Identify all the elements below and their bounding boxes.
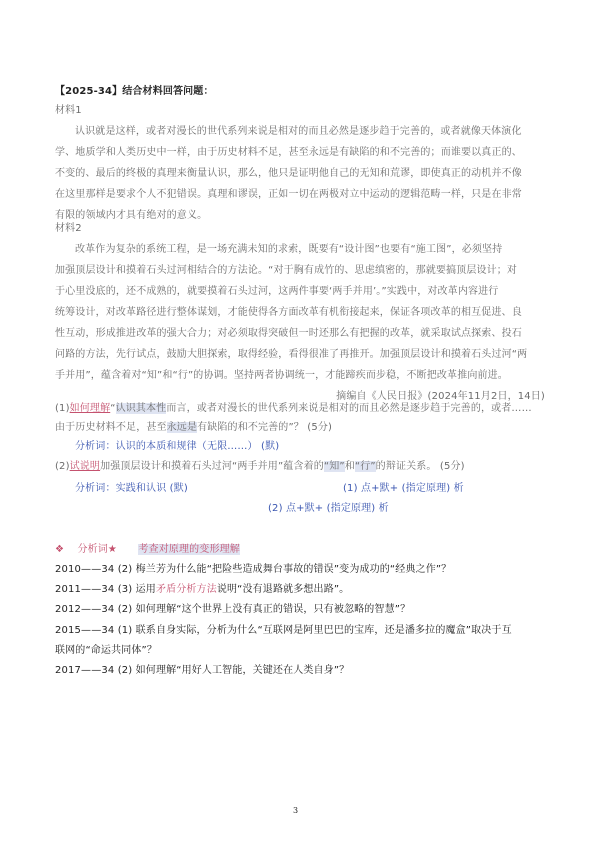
question-header: 【2025-34】结合材料回答问题： — [55, 85, 545, 98]
material2-line: 加强顶层设计和摸着石头过河相结合的方法论。“对于胸有成竹的、思虑缜密的，那就要搞… — [55, 264, 545, 277]
analysis-label: 分析词★ — [77, 544, 117, 555]
question-tag: 【2025-34】 — [55, 86, 122, 97]
material1-line: 学、地质学和人类历史中一样，由于历史材料不足，甚至永远是有缺陷的和不完善的；而谁… — [55, 146, 545, 159]
analysis-section-header: ❖ 分析词★ 考查对原理的变形理解 — [55, 543, 545, 556]
analysis-topic: 考查对原理的变形理解 — [138, 544, 240, 555]
material2-label: 材料2 — [55, 222, 545, 235]
question-title: 结合材料回答问题： — [122, 86, 213, 97]
material1-line: 不变的、最后的终极的真理来衡量认识，那么，他只是证明他自己的无知和荒谬，即使真正… — [55, 167, 545, 180]
diamond-bullet-icon: ❖ — [55, 544, 64, 555]
material2-line: 改革作为复杂的系统工程，是一场充满未知的求索，既要有“设计图”也要有“施工图”，… — [55, 243, 545, 256]
question-1-cont: 由于历史材料不足，甚至永远是有缺陷的和不完善的”？ (5分) — [55, 421, 545, 434]
exam-item: 2015——34 (1) 联系自身实际，分析为什么“互联网是阿里巴巴的宝库，还是… — [55, 624, 545, 637]
material1-line: 认识就是这样，或者对漫长的世代系列来说是相对的而且必然是逐步趋于完善的，或者就像… — [55, 125, 545, 138]
highlight: “知” — [324, 461, 345, 472]
question-1-analysis: 分析词：认识的本质和规律（无限……） (默) — [55, 440, 545, 453]
question-2-analysis: 分析词：实践和认识 (默) (1) 点+默+ (指定原理) 析 — [55, 482, 545, 495]
question-verb: 试说明 — [70, 461, 100, 472]
highlight: “行” — [355, 461, 376, 472]
analysis-step: (2) 点+默+ (指定原理) 析 — [268, 502, 389, 515]
highlight-term: 矛盾分析方法 — [156, 584, 217, 595]
material2-line: 统筹设计，对改革路径进行整体谋划，才能使得各方面改革有机衔接起来，保证各项改革的… — [55, 306, 545, 319]
highlight: 永远是 — [167, 422, 197, 433]
material2-line: 性互动，形成推进改革的强大合力；对必须取得突破但一时还那么有把握的改革，就采取试… — [55, 327, 545, 340]
material2-line: 手并用”，蕴含着对“知”和“行”的协调。坚持两者协调统一，才能蹄疾而步稳，不断把… — [55, 369, 545, 382]
page-number: 3 — [293, 806, 298, 815]
question-2: (2)试说明加强顶层设计和摸着石头过河“两手并用”蕴含着的“知”和“行”的辩证关… — [55, 460, 545, 473]
exam-item: 2017——34 (2) 如何理解“用好人工智能，关键还在人类自身”？ — [55, 664, 545, 677]
analysis-step: (1) 点+默+ (指定原理) 析 — [323, 482, 464, 495]
material1-line: 有限的领域内才具有绝对的意义。 — [55, 209, 545, 222]
question-1: (1)如何理解“认识其本性而言，或者对漫长的世代系列来说是相对的而且必然是逐步趋… — [55, 402, 545, 415]
document-page: 【2025-34】结合材料回答问题： 材料1 认识就是这样，或者对漫长的世代系列… — [0, 0, 596, 842]
exam-item-cont: 联网的“命运共同体”？ — [55, 644, 545, 657]
question-verb: 如何理解 — [70, 403, 111, 414]
exam-item: 2011——34 (3) 运用矛盾分析方法说明“没有退路就多想出路”。 — [55, 583, 545, 596]
highlight: 认识其本性 — [116, 403, 167, 414]
exam-item: 2010——34 (2) 梅兰芳为什么能“把险些造成舞台事故的错误”变为成功的“… — [55, 563, 545, 576]
exam-item: 2012——34 (2) 如何理解“这个世界上没有真正的错误，只有被忽略的智慧”… — [55, 603, 545, 616]
material1-line: 在这里那样是要求个人不犯错误。真理和谬误，正如一切在两极对立中运动的逻辑范畴一样… — [55, 188, 545, 201]
material2-line: 于心里没底的，还不成熟的，就要摸着石头过河，这两件事要‘两手并用’。”实践中，对… — [55, 285, 545, 298]
material1-label: 材料1 — [55, 104, 545, 117]
material2-line: 问路的方法，先行试点，鼓励大胆探索，取得经验，看得很准了再推开。加强顶层设计和摸… — [55, 348, 545, 361]
